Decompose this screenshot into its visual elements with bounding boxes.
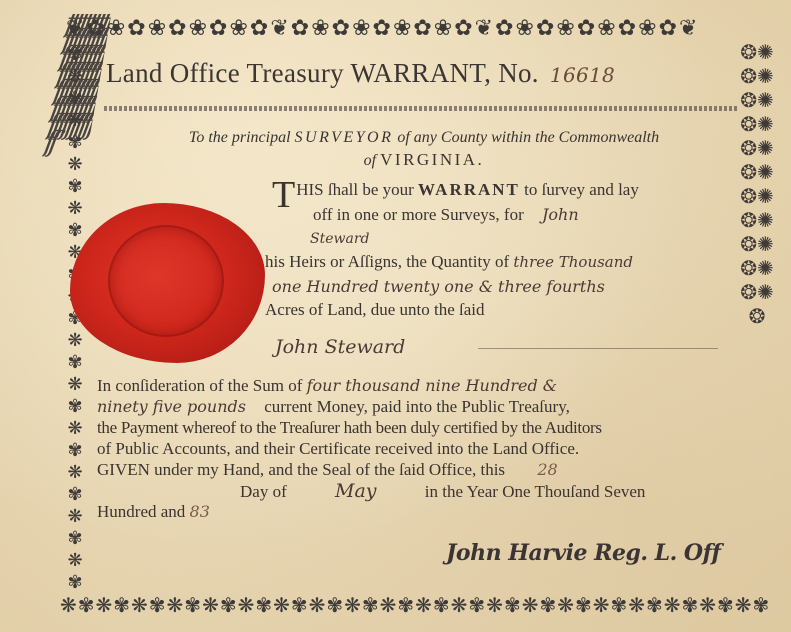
body-line-9: the Payment whereof to the Treaſurer hat… bbox=[97, 418, 602, 438]
body-line-7: In conſideration of the Sum of four thou… bbox=[97, 376, 557, 396]
decorative-rule bbox=[104, 106, 738, 111]
bottom-ornamental-border: ❋✾❋✾❋✾❋✾❋✾❋✾❋✾❋✾❋✾❋✾❋✾❋✾❋✾❋✾❋✾❋✾❋✾❋✾❋✾❋✾ bbox=[60, 590, 772, 620]
handwritten-sum-1: four thousand nine Hundred & bbox=[307, 376, 557, 395]
handwritten-quantity-1: three Thousand bbox=[513, 253, 633, 271]
handwritten-grantee-last: Steward bbox=[310, 231, 370, 247]
body-line-12: Day of May in the Year One Thouſand Seve… bbox=[240, 480, 645, 502]
body-text: HIS ſhall be your bbox=[296, 180, 414, 199]
drop-cap: T bbox=[272, 174, 295, 216]
body-text: In conſideration of the Sum of bbox=[97, 376, 302, 395]
handwritten-quantity-2: one Hundred twenty one & three fourths bbox=[272, 277, 605, 296]
body-text: Hundred and bbox=[97, 502, 185, 521]
handwritten-grantee-full: John Steward bbox=[275, 336, 405, 358]
body-line-11: GIVEN under my Hand, and the Seal of the… bbox=[97, 460, 558, 480]
title-text: Land Office Treasury WARRANT, No. bbox=[106, 58, 539, 88]
warrant-number: 16618 bbox=[550, 63, 615, 87]
body-line-2: off in one or more Surveys, for John bbox=[313, 205, 579, 225]
warrant-document: ſſſſſſſſſſſſſſſſſſſſſſſſſſſſſſſſſſſſſſſſ… bbox=[0, 0, 791, 632]
body-text: GIVEN under my Hand, and the Seal of the… bbox=[97, 460, 505, 479]
warrant-word: WARRANT bbox=[418, 180, 520, 199]
handwritten-day: 28 bbox=[537, 460, 557, 479]
seal-emblem bbox=[108, 225, 224, 337]
addressee-surveyor: SURVEYOR bbox=[295, 129, 394, 146]
body-line-13: Hundred and 83 bbox=[97, 502, 210, 522]
handwritten-year: 83 bbox=[190, 502, 210, 521]
blank-line bbox=[478, 348, 718, 349]
body-text: to ſurvey and lay bbox=[524, 180, 639, 199]
body-text: off in one or more Surveys, for bbox=[313, 205, 524, 224]
addressee: To the principal SURVEYOR of any County … bbox=[104, 127, 744, 172]
body-line-5: Acres of Land, due unto the ſaid bbox=[265, 300, 485, 320]
addressee-text: To the principal bbox=[189, 129, 291, 146]
body-line-3: his Heirs or Aſſigns, the Quantity of th… bbox=[265, 252, 633, 272]
document-title: Land Office Treasury WARRANT, No. 16618 bbox=[106, 58, 615, 89]
body-line-10: of Public Accounts, and their Certificat… bbox=[97, 439, 579, 459]
registrar-signature: John Harvie Reg. L. Off bbox=[446, 540, 721, 566]
handwritten-month: May bbox=[335, 480, 377, 502]
body-text: current Money, paid into the Public Trea… bbox=[264, 397, 570, 416]
body-text: in the Year One Thouſand Seven bbox=[425, 482, 646, 501]
wax-seal bbox=[70, 203, 265, 363]
top-ornamental-border: ❦✿❀✿❀✿❀✿❀✿❦✿❀✿❀✿❀✿❀✿❦✿❀✿❀✿❀✿❀✿❦ bbox=[66, 14, 778, 44]
addressee-text: of bbox=[364, 152, 376, 169]
body-text: Day of bbox=[240, 482, 287, 501]
addressee-virginia: VIRGINIA. bbox=[380, 150, 484, 169]
handwritten-sum-2: ninety five pounds bbox=[97, 397, 246, 416]
body-line-8: ninety five pounds current Money, paid i… bbox=[97, 397, 570, 417]
body-text: his Heirs or Aſſigns, the Quantity of bbox=[265, 252, 509, 271]
addressee-text: of any County within the Commonwealth bbox=[397, 129, 659, 146]
right-ornamental-border: ❂✺❂✺❂✺❂✺❂✺❂✺❂✺❂✺❂✺❂✺❂✺❂ bbox=[738, 40, 776, 595]
handwritten-grantee-first: John bbox=[542, 205, 579, 224]
